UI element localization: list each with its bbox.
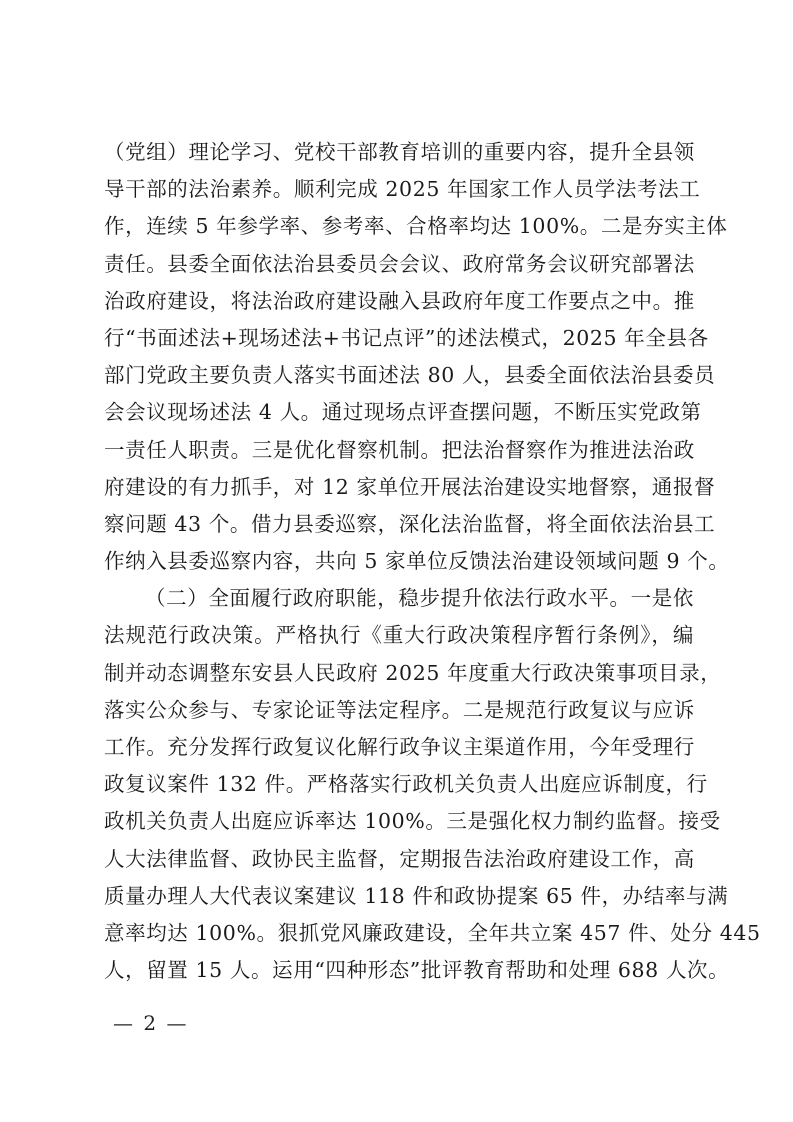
text-line: 作，连续 5 年参学率、参考率、合格率均达 100%。二是夯实主体 (104, 208, 694, 245)
text-line: 责任。县委全面依法治县委员会会议、政府常务会议研究部署法 (104, 246, 694, 283)
text-line: 察问题 43 个。借力县委巡察，深化法治监督，将全面依法治县工 (104, 506, 694, 543)
text-line: 作纳入县委巡察内容，共向 5 家单位反馈法治建设领域问题 9 个。 (104, 543, 694, 580)
text-line: （党组）理论学习、党校干部教育培训的重要内容，提升全县领 (104, 134, 694, 171)
text-line: 落实公众参与、专家论证等法定程序。二是规范行政复议与应诉 (104, 692, 694, 729)
text-line: 人，留置 15 人。运用“四种形态”批评教育帮助和处理 688 人次。 (104, 952, 694, 989)
text-line: 政机关负责人出庭应诉率达 100%。三是强化权力制约监督。接受 (104, 803, 694, 840)
text-line: 质量办理人大代表议案建议 118 件和政协提案 65 件，办结率与满 (104, 878, 694, 915)
text-line: 导干部的法治素养。顺利完成 2025 年国家工作人员学法考法工 (104, 171, 694, 208)
text-line: 法规范行政决策。严格执行《重大行政决策程序暂行条例》，编 (104, 617, 694, 654)
text-line: 行“书面述法+现场述法+书记点评”的述法模式，2025 年全县各 (104, 320, 694, 357)
page-number: — 2 — (113, 1009, 188, 1037)
text-line: 人大法律监督、政协民主监督，定期报告法治政府建设工作，高 (104, 841, 694, 878)
text-line: 部门党政主要负责人落实书面述法 80 人，县委全面依法治县委员 (104, 357, 694, 394)
text-line: 工作。充分发挥行政复议化解行政争议主渠道作用，今年受理行 (104, 729, 694, 766)
text-line: 制并动态调整东安县人民政府 2025 年度重大行政决策事项目录， (104, 655, 694, 692)
text-line: 一责任人职责。三是优化督察机制。把法治督察作为推进法治政 (104, 432, 694, 469)
text-line: 府建设的有力抓手，对 12 家单位开展法治建设实地督察，通报督 (104, 469, 694, 506)
text-line: 会会议现场述法 4 人。通过现场点评查摆问题，不断压实党政第 (104, 394, 694, 431)
text-line: 意率均达 100%。狠抓党风廉政建设，全年共立案 457 件、处分 445 (104, 915, 694, 952)
text-line: 治政府建设，将法治政府建设融入县政府年度工作要点之中。推 (104, 283, 694, 320)
document-page: （党组）理论学习、党校干部教育培训的重要内容，提升全县领 导干部的法治素养。顺利… (0, 0, 793, 1122)
document-body: （党组）理论学习、党校干部教育培训的重要内容，提升全县领 导干部的法治素养。顺利… (104, 134, 694, 989)
text-line: 政复议案件 132 件。严格落实行政机关负责人出庭应诉制度，行 (104, 766, 694, 803)
section-heading-line: （二）全面履行政府职能，稳步提升依法行政水平。一是依 (104, 580, 694, 617)
